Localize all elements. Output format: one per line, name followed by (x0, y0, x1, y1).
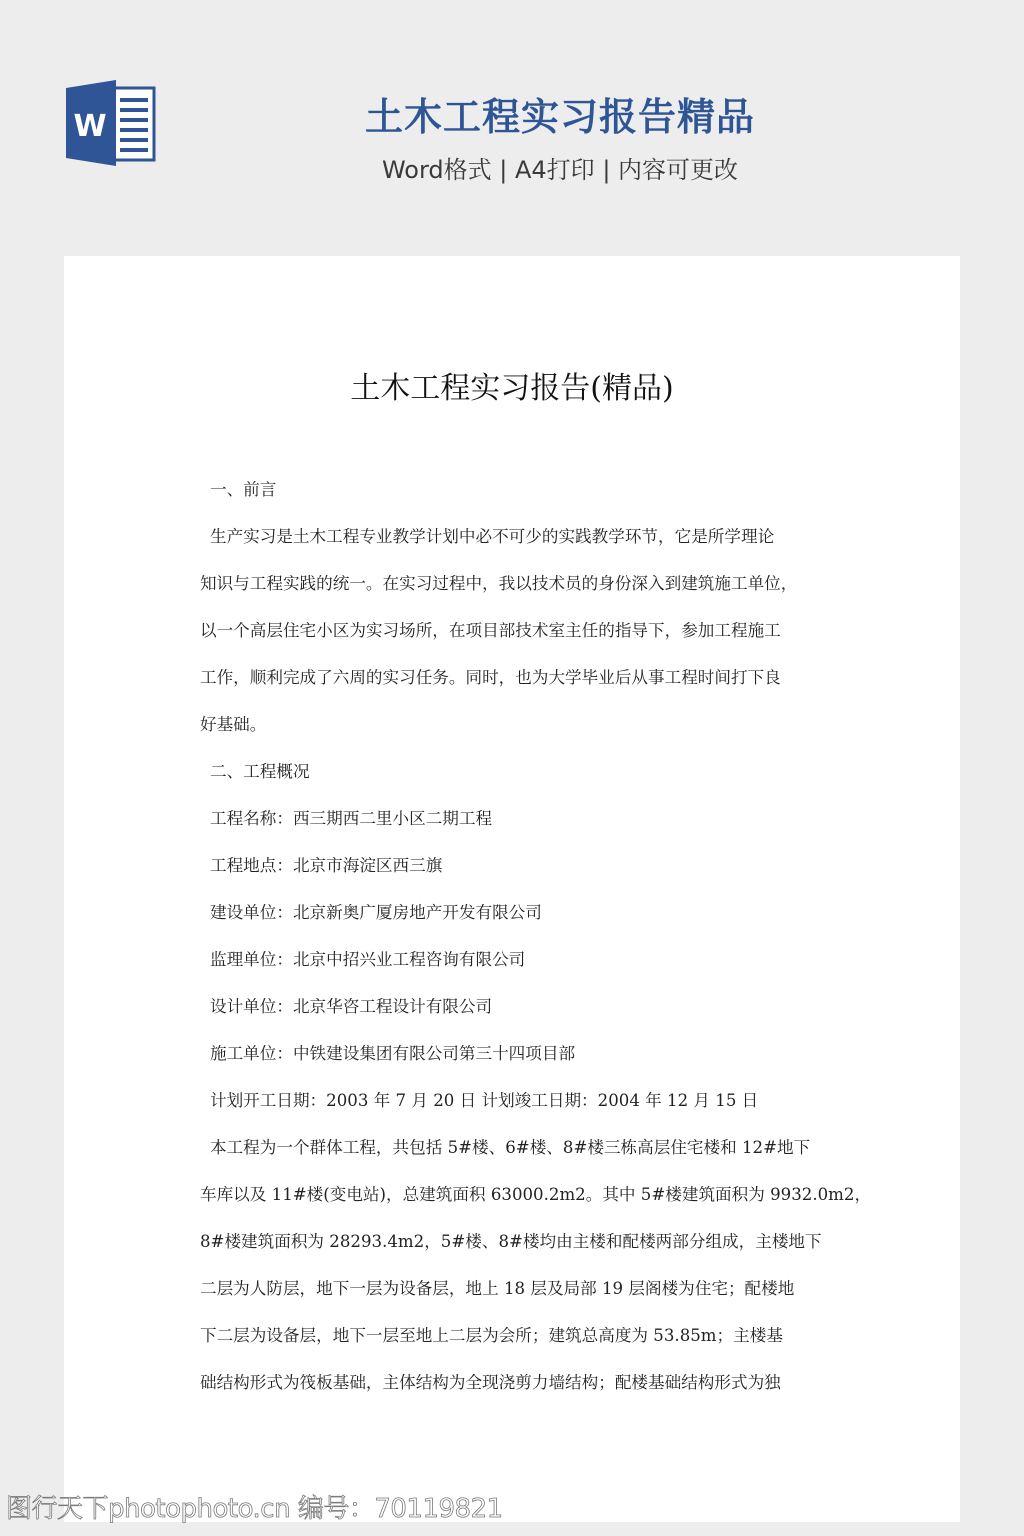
paragraph-line: 二层为人防层，地下一层为设备层，地上 18 层及局部 19 层阁楼为住宅；配楼地 (200, 1265, 826, 1312)
banner-title: 土木工程实习报告精品 (300, 92, 820, 142)
project-field: 监理单位：北京中招兴业工程咨询有限公司 (200, 936, 826, 983)
project-field: 工程名称：西三期西二里小区二期工程 (200, 795, 826, 842)
paragraph-line: 生产实习是土木工程专业教学计划中必不可少的实践教学环节，它是所学理论 (200, 513, 826, 560)
section-heading: 二、工程概况 (200, 748, 826, 795)
paragraph-line: 知识与工程实践的统一。在实习过程中，我以技术员的身份深入到建筑施工单位， (200, 560, 826, 607)
paragraph-line: 好基础。 (200, 701, 826, 748)
paragraph-line: 8#楼建筑面积为 28293.4m2，5#楼、8#楼均由主楼和配楼两部分组成，主… (200, 1218, 826, 1265)
banner-subtitle: Word格式 | A4打印 | 内容可更改 (300, 152, 820, 188)
paragraph-line: 车库以及 11#楼(变电站)，总建筑面积 63000.2m2。其中 5#楼建筑面… (200, 1171, 826, 1218)
word-document-icon: W (64, 80, 156, 166)
paragraph-line: 础结构形式为筏板基础，主体结构为全现浇剪力墙结构；配楼基础结构形式为独 (200, 1359, 826, 1406)
document-page: 土木工程实习报告(精品) 一、前言 生产实习是土木工程专业教学计划中必不可少的实… (64, 256, 960, 1522)
project-field: 建设单位：北京新奥广厦房地产开发有限公司 (200, 889, 826, 936)
paragraph-line: 以一个高层住宅小区为实习场所，在项目部技术室主任的指导下，参加工程施工 (200, 607, 826, 654)
project-field: 设计单位：北京华咨工程设计有限公司 (200, 983, 826, 1030)
section-heading: 一、前言 (200, 466, 826, 513)
project-field: 工程地点：北京市海淀区西三旗 (200, 842, 826, 889)
project-field: 施工单位：中铁建设集团有限公司第三十四项目部 (200, 1030, 826, 1077)
paragraph-line: 工作，顺利完成了六周的实习任务。同时，也为大学毕业后从事工程时间打下良 (200, 654, 826, 701)
document-title: 土木工程实习报告(精品) (64, 366, 960, 412)
paragraph-line: 本工程为一个群体工程，共包括 5#楼、6#楼、8#楼三栋高层住宅楼和 12#地下 (200, 1124, 826, 1171)
project-dates: 计划开工日期：2003 年 7 月 20 日 计划竣工日期：2004 年 12 … (200, 1077, 826, 1124)
paragraph-line: 下二层为设备层，地下一层至地上二层为会所；建筑总高度为 53.85m；主楼基 (200, 1312, 826, 1359)
svg-text:W: W (73, 109, 106, 144)
watermark: 图行天下photophoto.cn 编号：70119821 (6, 1492, 503, 1526)
document-body: 一、前言 生产实习是土木工程专业教学计划中必不可少的实践教学环节，它是所学理论 … (200, 466, 826, 1406)
